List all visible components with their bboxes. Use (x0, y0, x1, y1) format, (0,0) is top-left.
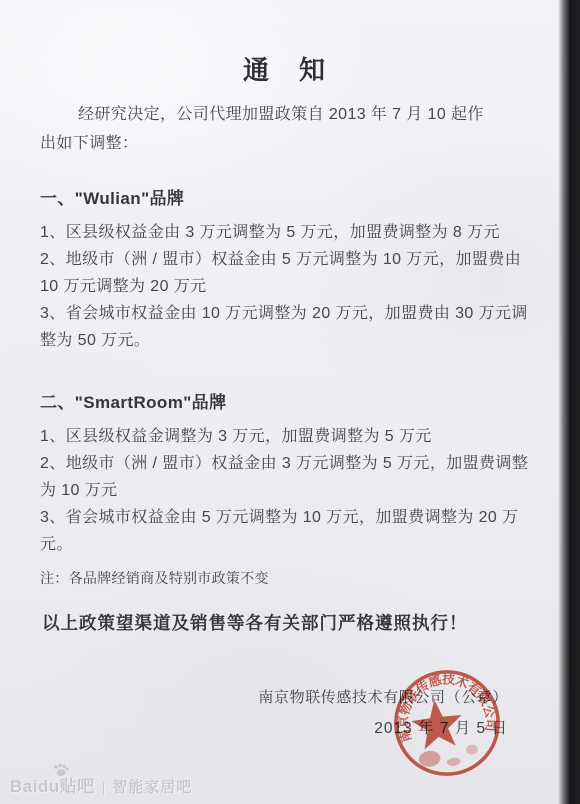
policy-line: 3、省会城市权益金由 10 万元调整为 20 万元，加盟费由 30 万元调 (40, 300, 540, 327)
intro-line: 出如下调整： (40, 129, 530, 158)
company-seal-stamp: 南京物联传感技术有限公司 (381, 657, 513, 789)
document-title: 通 知 (40, 50, 530, 87)
baidu-tieba-watermark: Baidu贴吧 | 智能家居吧 (10, 772, 192, 797)
seal-ink-smudge (466, 744, 479, 755)
policy-line: 2、地级市（洲 / 盟市）权益金由 3 万元调整为 5 万元，加盟费调整 (40, 450, 540, 477)
policy-line: 3、省会城市权益金由 5 万元调整为 10 万元，加盟费调整为 20 万 (40, 504, 540, 531)
section-heading: 一、"Wulian"品牌 (40, 184, 540, 209)
tieba-label: 贴吧 (60, 777, 95, 796)
notice-document: 通 知 经研究决定，公司代理加盟政策自 2013 年 7 月 10 起作 出如下… (0, 0, 580, 804)
section-wulian: 一、"Wulian"品牌 1、区县级权益金由 3 万元调整为 5 万元，加盟费调… (40, 184, 540, 354)
policy-line: 1、区县级权益金由 3 万元调整为 5 万元，加盟费调整为 8 万元 (40, 219, 540, 246)
baidu-logo-text: Baidu (10, 777, 60, 796)
scanner-dark-edge (558, 0, 580, 804)
seal-ink-smudge (446, 757, 461, 766)
baidu-paw-icon (52, 763, 70, 777)
directive-line: 以上政策望渠道及销售等各有关部门严格遵照执行！ (42, 610, 468, 635)
policy-line: 1、区县级权益金调整为 3 万元，加盟费调整为 5 万元 (40, 423, 540, 450)
scanned-notice-page: 通 知 经研究决定，公司代理加盟政策自 2013 年 7 月 10 起作 出如下… (0, 0, 580, 804)
seal-ink-smudge (418, 750, 441, 768)
section-heading: 二、"SmartRoom"品牌 (40, 388, 540, 413)
forum-name: 智能家居吧 (112, 776, 192, 797)
note-line: 注：各品牌经销商及特别市政策不变 (40, 568, 269, 588)
policy-line: 为 10 万元 (40, 477, 540, 504)
policy-line: 2、地级市（洲 / 盟市）权益金由 5 万元调整为 10 万元，加盟费由 (40, 246, 540, 273)
baidu-logo: Baidu贴吧 (10, 772, 95, 797)
policy-line: 整为 50 万元。 (40, 327, 540, 354)
policy-line: 元。 (40, 531, 540, 558)
intro-line: 经研究决定，公司代理加盟政策自 2013 年 7 月 10 起作 (40, 100, 530, 129)
policy-line: 10 万元调整为 20 万元 (40, 273, 540, 300)
watermark-separator: | (101, 779, 107, 795)
section-smartroom: 二、"SmartRoom"品牌 1、区县级权益金调整为 3 万元，加盟费调整为 … (40, 388, 540, 558)
intro-paragraph: 经研究决定，公司代理加盟政策自 2013 年 7 月 10 起作 出如下调整： (40, 100, 530, 158)
seal-star (409, 697, 465, 751)
